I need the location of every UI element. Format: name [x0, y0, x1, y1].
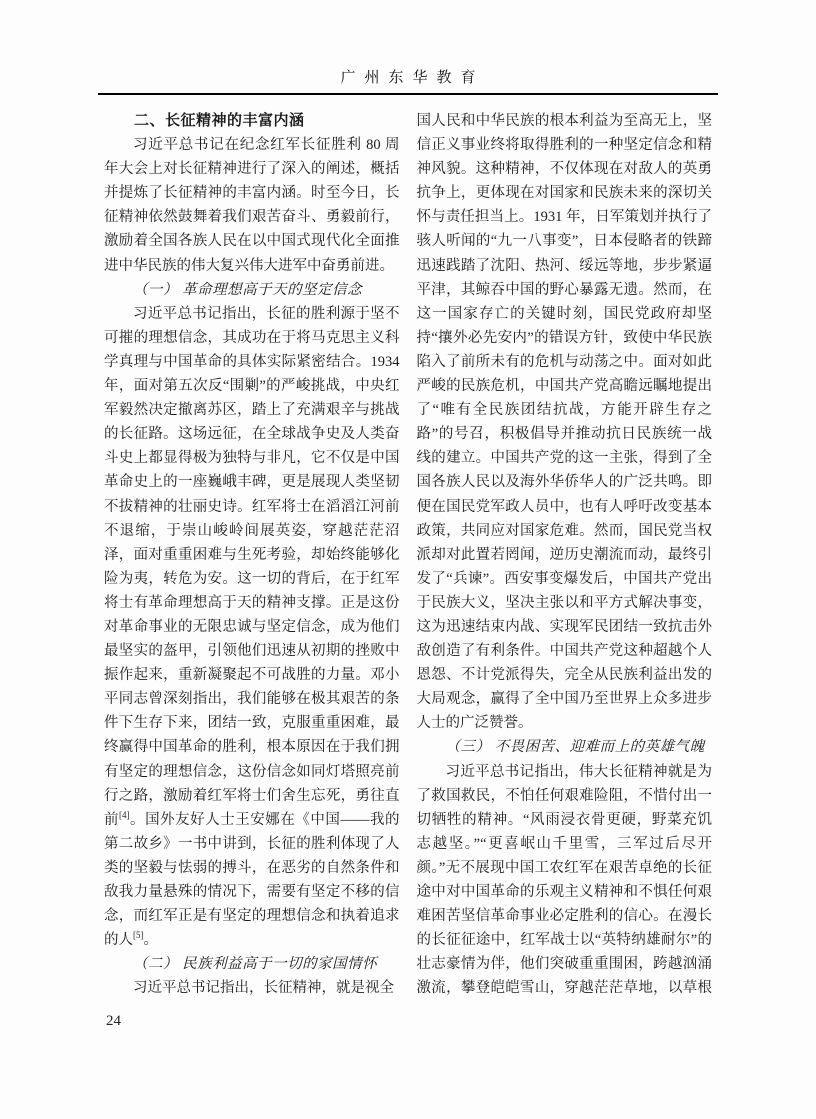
section-heading: 二、长征精神的丰富内涵	[104, 109, 400, 133]
paragraph-heroic-spirit: 习近平总书记指出，伟大长征精神就是为了救国救民，不怕任何艰难险阻，不惜付出一切牺…	[417, 760, 713, 1003]
subsection-heading-2: （二） 民族利益高于一切的家国情怀	[104, 952, 400, 976]
running-header: 广州东华教育	[0, 66, 816, 87]
paragraph-national-interest-continuation: 国人民和中华民族的根本利益为至高无上，坚信正义事业终将取得胜利的一种坚定信念和精…	[417, 109, 713, 735]
paragraph-text: 。	[144, 932, 159, 948]
citation-ref-4: [4]	[119, 810, 130, 820]
header-rule	[98, 93, 718, 95]
header-title: 广州东华教育	[340, 70, 484, 86]
two-column-body: 二、长征精神的丰富内涵 习近平总书记在纪念红军长征胜利 80 周年大会上对长征精…	[104, 109, 712, 1003]
paragraph-text: 。国外友好人士王安娜在《中国——我的第二故乡》一书中讲到，长征的胜利体现了人类的…	[104, 812, 400, 948]
paragraph-text: 习近平总书记指出，长征的胜利源于坚不可摧的理想信念，其成功在于将马克思主义科学真…	[104, 306, 400, 828]
paragraph-intro: 习近平总书记在纪念红军长征胜利 80 周年大会上对长征精神进行了深入的阐述，概括…	[104, 133, 400, 278]
left-column: 二、长征精神的丰富内涵 习近平总书记在纪念红军长征胜利 80 周年大会上对长征精…	[104, 109, 400, 1003]
page-number: 24	[106, 1013, 121, 1030]
document-page: 广州东华教育 二、长征精神的丰富内涵 习近平总书记在纪念红军长征胜利 80 周年…	[0, 0, 816, 1119]
right-column: 国人民和中华民族的根本利益为至高无上，坚信正义事业终将取得胜利的一种坚定信念和精…	[417, 109, 713, 1003]
paragraph-national-interest-start: 习近平总书记指出，长征精神，就是视全	[104, 976, 400, 1000]
subsection-heading-3: （三） 不畏困苦、迎难而上的英雄气魄	[417, 735, 713, 759]
paragraph-ideal-belief: 习近平总书记指出，长征的胜利源于坚不可摧的理想信念，其成功在于将马克思主义科学真…	[104, 302, 400, 953]
subsection-heading-1: （一） 革命理想高于天的坚定信念	[104, 278, 400, 302]
citation-ref-5: [5]	[133, 930, 144, 940]
